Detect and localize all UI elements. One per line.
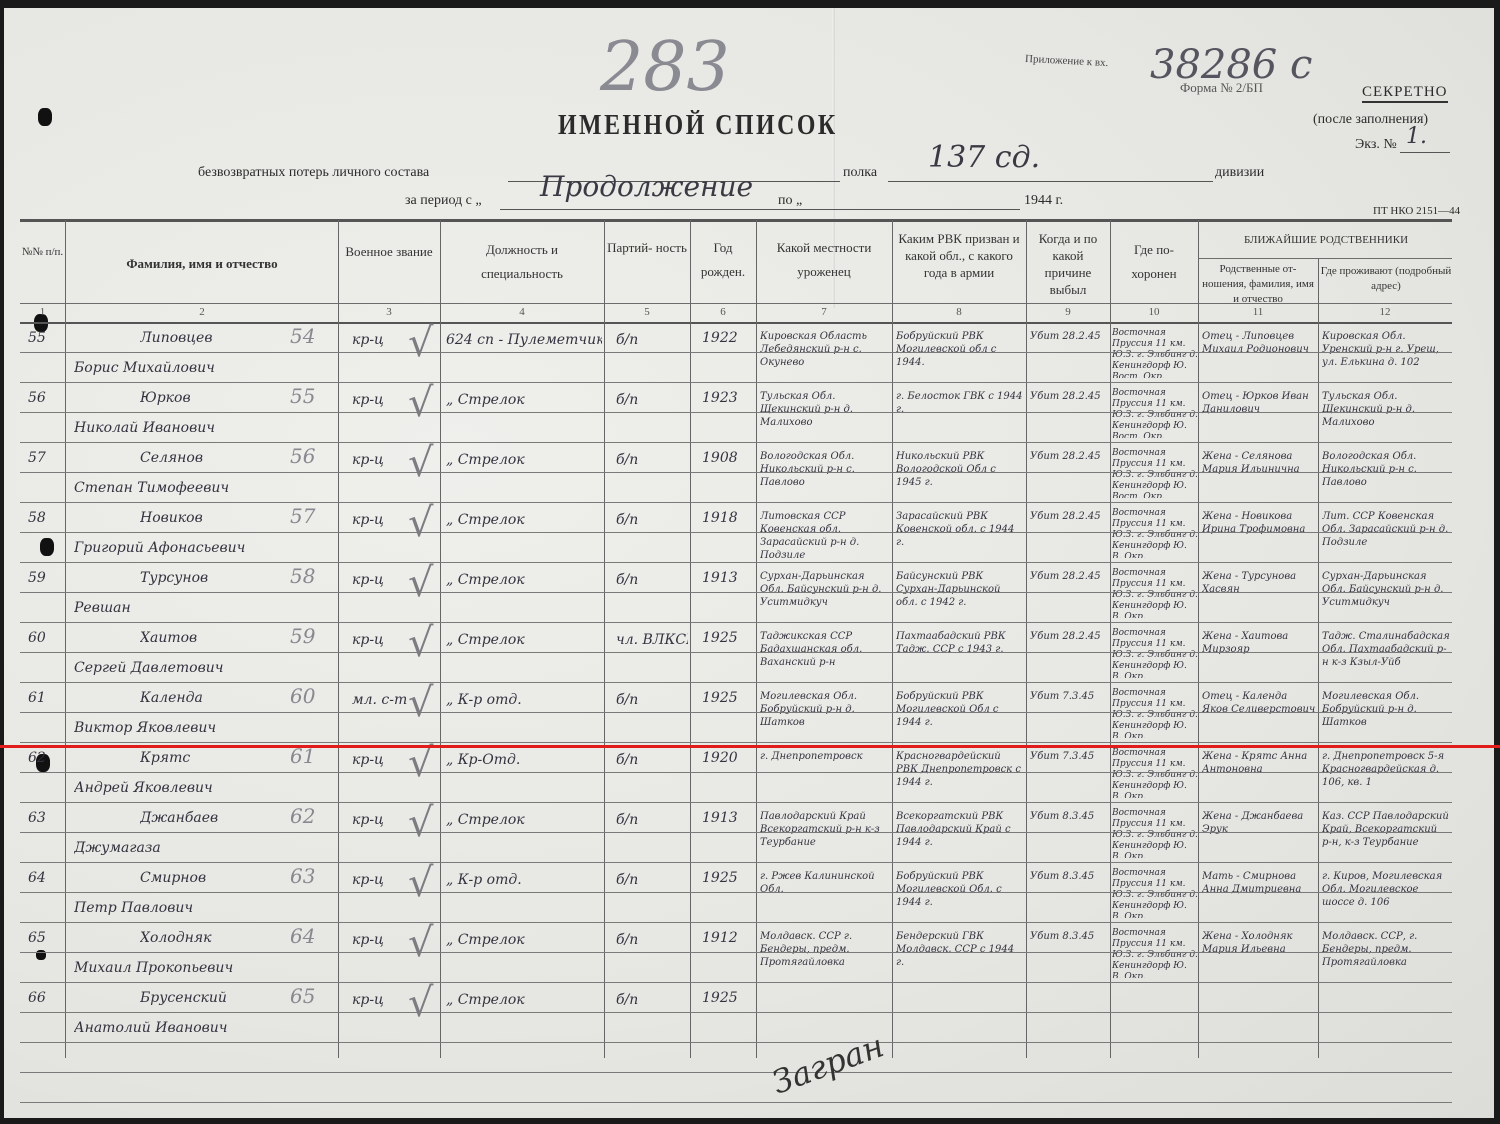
col-num: 5 xyxy=(604,306,690,318)
col-header-buried: Где по- хоронен xyxy=(1112,238,1196,286)
when-why-left xyxy=(1030,990,1108,1040)
col-header-origin: Какой местности уроженец xyxy=(758,236,890,284)
party-membership: б/п xyxy=(616,512,688,528)
pencil-index: 54 xyxy=(290,324,330,348)
row-rule xyxy=(20,712,1452,713)
pencil-index: 59 xyxy=(290,624,330,648)
given-name-patronymic: Джумагаза xyxy=(74,840,336,856)
form-code: ПТ НКО 2151—44 xyxy=(1373,205,1460,217)
handwritten-page-number: 283 xyxy=(600,28,730,107)
check-mark-icon: √ xyxy=(408,800,434,846)
burial-place: Восточная Пруссия 11 км. Ю.З. г. Эльбинг… xyxy=(1112,868,1198,918)
form-name: Форма № 2/БП xyxy=(1180,80,1263,96)
check-mark-icon: √ xyxy=(408,380,434,426)
birth-year: 1922 xyxy=(702,330,754,346)
draft-office: Бендерский ГВК Молдавск. ССР с 1944 г. xyxy=(896,930,1024,980)
col-header-relative: Родственные от- ношения, фамилия, имя и … xyxy=(1200,262,1316,307)
relative-address: Лит. ССР Ковенская Обл. Зарасайский р-н … xyxy=(1322,510,1450,560)
birth-year: 1925 xyxy=(702,690,754,706)
when-why-left: Убит 7.3.45 xyxy=(1030,690,1108,740)
party-membership: б/п xyxy=(616,872,688,888)
row-rule xyxy=(20,832,1452,833)
regiment-value: 137 сд. xyxy=(928,140,1040,175)
given-name-patronymic: Степан Тимофеевич xyxy=(74,480,336,496)
surname: Липовцев xyxy=(140,330,290,346)
relative-address: Могилевская Обл. Бобруйский р-н д. Шатко… xyxy=(1322,690,1450,740)
row-rule xyxy=(20,1102,1452,1103)
row-rule xyxy=(20,982,1452,983)
draft-office: Байсунский РВК Сурхан-Дарьинской обл. с … xyxy=(896,570,1024,620)
year: 1944 г. xyxy=(1024,193,1063,209)
burial-place: Восточная Пруссия 11 км. Ю.З. г. Эльбинг… xyxy=(1112,928,1198,978)
party-membership: б/п xyxy=(616,812,688,828)
position: „ К-р отд. xyxy=(446,872,602,888)
draft-office: Никольский РВК Вологодской Обл с 1945 г. xyxy=(896,450,1024,500)
burial-place: Восточная Пруссия 11 км. Ю.З. г. Эльбинг… xyxy=(1112,808,1198,858)
origin: Могилевская Обл. Бобруйский р-н д. Шатко… xyxy=(760,690,890,740)
row-rule xyxy=(20,682,1452,683)
when-why-left: Убит 8.3.45 xyxy=(1030,930,1108,980)
relative-address: Кировская Обл. Уренский р-н г. Уреш, ул.… xyxy=(1322,330,1450,380)
position: „ Кр-Отд. xyxy=(446,752,602,768)
position: „ Стрелок xyxy=(446,452,602,468)
burial-place: Восточная Пруссия 11 км. Ю.З. г. Эльбинг… xyxy=(1112,688,1198,738)
given-name-patronymic: Григорий Афонасьевич xyxy=(74,540,336,556)
relative-address: Сурхан-Дарьинская Обл. Байсунский р-н д.… xyxy=(1322,570,1450,620)
origin: Сурхан-Дарьинская Обл. Байсунский р-н д.… xyxy=(760,570,890,620)
position: „ Стрелок xyxy=(446,572,602,588)
punch-hole xyxy=(40,538,54,556)
relative: Жена - Джанбаева Эрук xyxy=(1202,810,1316,860)
when-why-left: Убит 28.2.45 xyxy=(1030,450,1108,500)
given-name-patronymic: Петр Павлович xyxy=(74,900,336,916)
party-membership: б/п xyxy=(616,692,688,708)
row-number: 56 xyxy=(28,390,64,406)
relative-address xyxy=(1322,990,1450,1040)
given-name-patronymic: Андрей Яковлевич xyxy=(74,780,336,796)
col-divider xyxy=(1198,220,1199,1058)
position: „ Стрелок xyxy=(446,992,602,1008)
birth-year: 1908 xyxy=(702,450,754,466)
col-divider xyxy=(892,220,893,1058)
col-header-name: Фамилия, имя и отчество xyxy=(66,252,338,276)
position: „ Стрелок xyxy=(446,632,602,648)
surname: Крятс xyxy=(140,750,290,766)
draft-office xyxy=(896,990,1024,1040)
losses-label: безвозвратных потерь личного состава xyxy=(198,165,429,181)
check-mark-icon: √ xyxy=(408,560,434,606)
surname: Хаитов xyxy=(140,630,290,646)
origin: Молдавск. ССР г. Бендеры, предм. Протяга… xyxy=(760,930,890,980)
col-header-born: Год рожден. xyxy=(692,236,754,284)
row-rule xyxy=(20,472,1452,473)
row-rule xyxy=(20,952,1452,953)
when-why-left: Убит 8.3.45 xyxy=(1030,870,1108,920)
row-number: 58 xyxy=(28,510,64,526)
burial-place: Восточная Пруссия 11 км. Ю.З. г. Эльбинг… xyxy=(1112,508,1198,558)
row-rule xyxy=(20,1012,1452,1013)
col-header-relatives-group: БЛИЖАЙШИЕ РОДСТВЕННИКИ xyxy=(1200,228,1452,252)
col-divider xyxy=(1026,220,1027,1058)
relative: Жена - Хаитова Мирзояр xyxy=(1202,630,1316,680)
position: „ Стрелок xyxy=(446,812,602,828)
division-label: дивизии xyxy=(1215,165,1264,181)
given-name-patronymic: Анатолий Иванович xyxy=(74,1020,336,1036)
row-number: 61 xyxy=(28,690,64,706)
burial-place: Восточная Пруссия 11 км. Ю.З. г. Эльбинг… xyxy=(1112,748,1198,798)
relative-address: Вологодская Обл. Никольский р-н с. Павло… xyxy=(1322,450,1450,500)
pencil-index: 58 xyxy=(290,564,330,588)
check-mark-icon: √ xyxy=(408,320,434,366)
given-name-patronymic: Николай Иванович xyxy=(74,420,336,436)
col-header-rank: Военное звание xyxy=(342,240,436,264)
classification: СЕКРЕТНО xyxy=(1362,84,1448,103)
check-mark-icon: √ xyxy=(408,620,434,666)
origin: Литовская ССР Ковенская обл. Зарасайский… xyxy=(760,510,890,560)
check-mark-icon: √ xyxy=(408,440,434,486)
burial-place xyxy=(1112,988,1198,1038)
row-rule xyxy=(20,1072,1452,1073)
surname: Брусенский xyxy=(140,990,290,1006)
when-why-left: Убит 28.2.45 xyxy=(1030,510,1108,560)
red-marker-line xyxy=(0,745,1500,748)
relative: Отец - Юрков Иван Данилович xyxy=(1202,390,1316,440)
draft-office: Пахтаабадский РВК Тадж. ССР с 1943 г. xyxy=(896,630,1024,680)
draft-office: Бобруйский РВК Могилевской Обл. с 1944 г… xyxy=(896,870,1024,920)
surname: Холодняк xyxy=(140,930,290,946)
origin: Тульская Обл. Щекинский р-н д. Малихово xyxy=(760,390,890,440)
relative: Жена - Турсунова Хасвян xyxy=(1202,570,1316,620)
pencil-index: 64 xyxy=(290,924,330,948)
pencil-index: 55 xyxy=(290,384,330,408)
row-rule xyxy=(20,1042,1452,1043)
copy-label: Экз. № xyxy=(1355,137,1397,153)
row-rule xyxy=(20,502,1452,503)
col-num: 4 xyxy=(440,306,604,318)
row-rule xyxy=(20,862,1452,863)
row-number: 60 xyxy=(28,630,64,646)
regiment-label: полка xyxy=(843,165,877,181)
relative-address: Тадж. Сталинабадская Обл. Пахтаабадский … xyxy=(1322,630,1450,680)
when-why-left: Убит 7.3.45 xyxy=(1030,750,1108,800)
col-divider xyxy=(338,220,339,1058)
copy-underline xyxy=(1400,152,1450,153)
pencil-index: 62 xyxy=(290,804,330,828)
burial-place: Восточная Пруссия 11 км. Ю.З. г. Эльбинг… xyxy=(1112,448,1198,498)
surname: Турсунов xyxy=(140,570,290,586)
when-why-left: Убит 28.2.45 xyxy=(1030,570,1108,620)
col-divider xyxy=(440,220,441,1058)
col-num: 12 xyxy=(1318,306,1452,318)
row-rule xyxy=(20,592,1452,593)
row-rule xyxy=(20,802,1452,803)
relative: Жена - Холодняк Мария Ильевна xyxy=(1202,930,1316,980)
origin: г. Днепропетровск xyxy=(760,750,890,800)
col-num: 7 xyxy=(756,306,892,318)
surname: Смирнов xyxy=(140,870,290,886)
check-mark-icon: √ xyxy=(408,980,434,1026)
draft-office: Всекоргатский РВК Павлодарский Край с 19… xyxy=(896,810,1024,860)
birth-year: 1913 xyxy=(702,810,754,826)
draft-office: Бобруйский РВК Могилевской Обл с 1944 г. xyxy=(896,690,1024,740)
col-num: 8 xyxy=(892,306,1026,318)
col-divider xyxy=(604,220,605,1058)
check-mark-icon: √ xyxy=(408,860,434,906)
col-header-when: Когда и по какой причине выбыл xyxy=(1028,230,1108,298)
party-membership: б/п xyxy=(616,572,688,588)
col-num: 10 xyxy=(1110,306,1198,318)
when-why-left: Убит 28.2.45 xyxy=(1030,330,1108,380)
check-mark-icon: √ xyxy=(408,500,434,546)
relative: Жена - Новикова Ирина Трофимовна xyxy=(1202,510,1316,560)
period-value: Продолжение xyxy=(540,170,753,203)
row-rule xyxy=(20,352,1452,353)
punch-hole xyxy=(38,108,52,126)
period-label: за период с „ xyxy=(405,193,482,209)
pencil-index: 65 xyxy=(290,984,330,1008)
col-divider xyxy=(1110,220,1111,1058)
birth-year: 1925 xyxy=(702,990,754,1006)
birth-year: 1913 xyxy=(702,570,754,586)
position: „ Стрелок xyxy=(446,512,602,528)
row-rule xyxy=(20,412,1452,413)
col-header-position: Должность и специальность xyxy=(444,238,600,286)
party-membership: чл. ВЛКСМ xyxy=(616,632,688,648)
relative-address: Молдавск. ССР, г. Бендеры, предм. Протяг… xyxy=(1322,930,1450,980)
col-num: 1 xyxy=(20,306,65,318)
row-rule xyxy=(20,892,1452,893)
birth-year: 1912 xyxy=(702,930,754,946)
colnum-bottom-border xyxy=(20,322,1452,324)
pencil-index: 63 xyxy=(290,864,330,888)
col-num: 9 xyxy=(1026,306,1110,318)
col-num: 2 xyxy=(66,306,338,318)
row-number: 57 xyxy=(28,450,64,466)
pencil-index: 57 xyxy=(290,504,330,528)
party-membership: б/п xyxy=(616,392,688,408)
pencil-index: 60 xyxy=(290,684,330,708)
origin: г. Ржев Калининской Обл. xyxy=(760,870,890,920)
row-number: 55 xyxy=(28,330,64,346)
row-rule xyxy=(20,532,1452,533)
draft-office: Зарасайский РВК Ковенской обл. с 1944 г. xyxy=(896,510,1024,560)
row-rule xyxy=(20,652,1452,653)
col-num: 11 xyxy=(1198,306,1318,318)
surname: Джанбаев xyxy=(140,810,290,826)
check-mark-icon: √ xyxy=(408,920,434,966)
row-number: 62 xyxy=(28,750,64,766)
birth-year: 1920 xyxy=(702,750,754,766)
row-number: 65 xyxy=(28,930,64,946)
relative: Мать - Смирнова Анна Дмитриевна xyxy=(1202,870,1316,920)
surname: Селянов xyxy=(140,450,290,466)
given-name-patronymic: Борис Михайлович xyxy=(74,360,336,376)
origin: Кировская Область Лебедянский р-н с. Оку… xyxy=(760,330,890,380)
col-divider xyxy=(1318,258,1319,1058)
burial-place: Восточная Пруссия 11 км. Ю.З. г. Эльбинг… xyxy=(1112,568,1198,618)
col-divider xyxy=(756,220,757,1058)
party-membership: б/п xyxy=(616,752,688,768)
birth-year: 1925 xyxy=(702,870,754,886)
col-num: 3 xyxy=(338,306,440,318)
col-divider xyxy=(65,220,66,1058)
when-why-left: Убит 28.2.45 xyxy=(1030,390,1108,440)
burial-place: Восточная Пруссия 11 км. Ю.З. г. Эльбинг… xyxy=(1112,328,1198,378)
row-number: 63 xyxy=(28,810,64,826)
given-name-patronymic: Ревшан xyxy=(74,600,336,616)
copy-value: 1. xyxy=(1406,124,1427,149)
period-underline xyxy=(500,209,1020,210)
position: „ Стрелок xyxy=(446,392,602,408)
origin: Павлодарский Край Всекоргатский р-н к-з … xyxy=(760,810,890,860)
document-title: ИМЕННОЙ СПИСОК xyxy=(558,110,838,142)
row-rule xyxy=(20,382,1452,383)
table-top-border xyxy=(20,219,1452,222)
relative-address: Тульская Обл. Щекинский р-н д. Малихово xyxy=(1322,390,1450,440)
row-number: 64 xyxy=(28,870,64,886)
origin: Вологодская Обл. Никольский р-н с. Павло… xyxy=(760,450,890,500)
relative: Отец - Календа Яков Селиверстович xyxy=(1202,690,1316,740)
relative: Отец - Липовцев Михаил Родионович xyxy=(1202,330,1316,380)
birth-year: 1923 xyxy=(702,390,754,406)
position: „ Стрелок xyxy=(446,932,602,948)
position: 624 сп - Пулеметчик xyxy=(446,332,602,348)
relatives-divider xyxy=(1198,258,1452,259)
period-to: по „ xyxy=(778,193,802,209)
party-membership: б/п xyxy=(616,452,688,468)
burial-place: Восточная Пруссия 11 км. Ю.З. г. Эльбинг… xyxy=(1112,628,1198,678)
birth-year: 1918 xyxy=(702,510,754,526)
draft-office: г. Белосток ГВК с 1944 г. xyxy=(896,390,1024,440)
party-membership: б/п xyxy=(616,992,688,1008)
row-rule xyxy=(20,442,1452,443)
birth-year: 1925 xyxy=(702,630,754,646)
relative-address: Каз. ССР Павлодарский Край, Всекоргатски… xyxy=(1322,810,1450,860)
check-mark-icon: √ xyxy=(408,680,434,726)
party-membership: б/п xyxy=(616,332,688,348)
row-rule xyxy=(20,622,1452,623)
relative xyxy=(1202,990,1316,1040)
draft-office: Бобруйский РВК Могилевской обл с 1944. xyxy=(896,330,1024,380)
relative-address: г. Днепропетровск 5-я Красногвардейская … xyxy=(1322,750,1450,800)
row-rule xyxy=(20,742,1452,743)
given-name-patronymic: Сергей Давлетович xyxy=(74,660,336,676)
col-header-number: №№ п/п. xyxy=(20,245,65,260)
col-header-party: Партий- ность xyxy=(607,236,687,260)
row-rule xyxy=(20,772,1452,773)
surname: Новиков xyxy=(140,510,290,526)
col-divider xyxy=(690,220,691,1058)
col-header-address: Где проживают (подробный адрес) xyxy=(1320,264,1452,294)
burial-place: Восточная Пруссия 11 км. Ю.З. г. Эльбинг… xyxy=(1112,388,1198,438)
row-number: 66 xyxy=(28,990,64,1006)
regiment-underline xyxy=(888,181,1213,182)
given-name-patronymic: Виктор Яковлевич xyxy=(74,720,336,736)
party-membership: б/п xyxy=(616,932,688,948)
origin: Таджикская ССР Бадахшанская обл. Ваханск… xyxy=(760,630,890,680)
given-name-patronymic: Михаил Прокопьевич xyxy=(74,960,336,976)
position: „ К-р отд. xyxy=(446,692,602,708)
relative: Жена - Крятс Анна Антоновна xyxy=(1202,750,1316,800)
when-why-left: Убит 8.3.45 xyxy=(1030,810,1108,860)
pencil-index: 56 xyxy=(290,444,330,468)
col-header-rvk: Каким РВК призван и какой обл., с какого… xyxy=(894,230,1024,281)
row-rule xyxy=(20,562,1452,563)
col-num: 6 xyxy=(690,306,756,318)
row-number: 59 xyxy=(28,570,64,586)
relative: Жена - Селянова Мария Ильинична xyxy=(1202,450,1316,500)
row-rule xyxy=(20,922,1452,923)
draft-office: Красногвардейский РВК Днепропетровск с 1… xyxy=(896,750,1024,800)
surname: Юрков xyxy=(140,390,290,406)
surname: Календа xyxy=(140,690,290,706)
when-why-left: Убит 28.2.45 xyxy=(1030,630,1108,680)
relative-address: г. Киров, Могилевская Обл. Могилевское ш… xyxy=(1322,870,1450,920)
